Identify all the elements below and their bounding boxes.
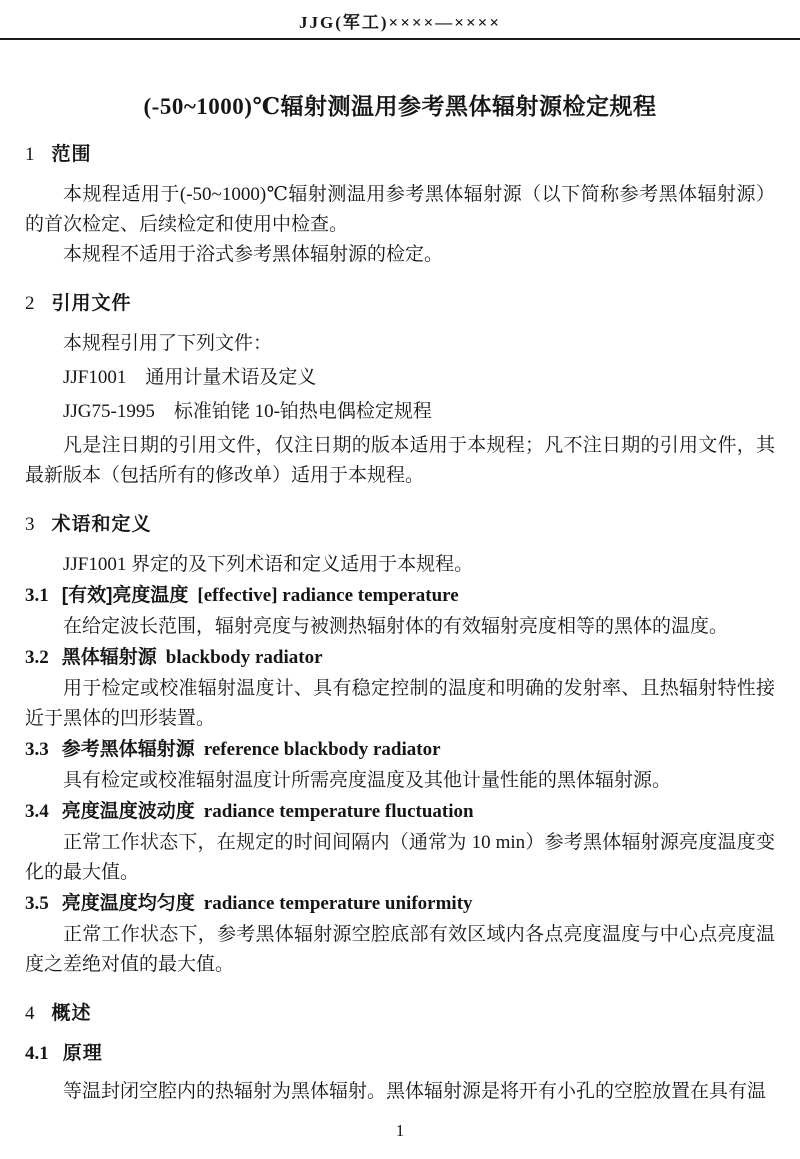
term-name-zh: 亮度温度均匀度 — [62, 893, 195, 914]
term-definition: 具有检定或校准辐射温度计所需亮度温度及其他计量性能的黑体辐射源。 — [25, 766, 775, 796]
document-page: JJG(军工)××××—×××× (-50~1000)℃辐射测温用参考黑体辐射源… — [0, 0, 800, 1159]
section-heading-2: 2引用文件 — [25, 290, 775, 318]
page-footer: 1 — [0, 1121, 800, 1141]
doc-code: JJG(军工)××××—×××× — [0, 8, 800, 33]
header-rule — [0, 38, 800, 40]
term-number: 3.4 — [25, 801, 49, 822]
term-name-en: [effective] radiance temperature — [197, 585, 458, 606]
term-name-en: radiance temperature uniformity — [204, 893, 473, 914]
term-heading-3-4: 3.4亮度温度波动度radiance temperature fluctuati… — [25, 797, 775, 827]
term-number: 3.5 — [25, 893, 49, 914]
term-name-zh: [有效]亮度温度 — [62, 585, 189, 606]
term-name-zh: 黑体辐射源 — [62, 647, 157, 668]
paragraph: JJF1001 界定的及下列术语和定义适用于本规程。 — [25, 550, 775, 580]
paragraph: 本规程引用了下列文件： — [25, 329, 775, 359]
section-title: 术语和定义 — [52, 514, 152, 535]
term-heading-3-1: 3.1[有效]亮度温度[effective] radiance temperat… — [25, 581, 775, 611]
document-title: (-50~1000)℃辐射测温用参考黑体辐射源检定规程 — [25, 88, 775, 121]
section-heading-4: 4概述 — [25, 1000, 775, 1028]
term-definition: 正常工作状态下，在规定的时间间隔内（通常为 10 min）参考黑体辐射源亮度温度… — [25, 828, 775, 888]
term-name-zh: 参考黑体辐射源 — [62, 739, 195, 760]
reference-item: JJF1001 通用计量术语及定义 — [25, 363, 775, 393]
term-definition: 正常工作状态下，参考黑体辐射源空腔底部有效区域内各点亮度温度与中心点亮度温度之差… — [25, 920, 775, 980]
document-body: (-50~1000)℃辐射测温用参考黑体辐射源检定规程 1范围 本规程适用于(-… — [0, 88, 800, 1107]
reference-item: JJG75-1995 标准铂铑 10-铂热电偶检定规程 — [25, 397, 775, 427]
section-heading-1: 1范围 — [25, 141, 775, 169]
subsection-number: 4.1 — [25, 1043, 49, 1064]
term-name-en: radiance temperature fluctuation — [204, 801, 474, 822]
page-header: JJG(军工)××××—×××× — [0, 0, 800, 40]
term-definition: 用于检定或校准辐射温度计、具有稳定控制的温度和明确的发射率、且热辐射特性接近于黑… — [25, 674, 775, 734]
term-heading-3-5: 3.5亮度温度均匀度radiance temperature uniformit… — [25, 889, 775, 919]
paragraph: 凡是注日期的引用文件，仅注日期的版本适用于本规程；凡不注日期的引用文件，其最新版… — [25, 431, 775, 491]
term-number: 3.2 — [25, 647, 49, 668]
section-number: 1 — [25, 144, 35, 165]
subsection-heading-4-1: 4.1原理 — [25, 1039, 775, 1069]
term-definition: 在给定波长范围，辐射亮度与被测热辐射体的有效辐射亮度相等的黑体的温度。 — [25, 612, 775, 642]
page-number: 1 — [396, 1121, 405, 1140]
subsection-title: 原理 — [63, 1043, 103, 1064]
term-number: 3.1 — [25, 585, 49, 606]
section-number: 4 — [25, 1003, 35, 1024]
paragraph: 等温封闭空腔内的热辐射为黑体辐射。黑体辐射源是将开有小孔的空腔放置在具有温 — [25, 1077, 775, 1107]
paragraph: 本规程不适用于浴式参考黑体辐射源的检定。 — [25, 240, 775, 270]
term-name-zh: 亮度温度波动度 — [62, 801, 195, 822]
term-heading-3-3: 3.3参考黑体辐射源reference blackbody radiator — [25, 735, 775, 765]
paragraph: 本规程适用于(-50~1000)℃辐射测温用参考黑体辐射源（以下简称参考黑体辐射… — [25, 180, 775, 240]
term-heading-3-2: 3.2黑体辐射源blackbody radiator — [25, 643, 775, 673]
term-name-en: blackbody radiator — [166, 647, 323, 668]
section-title: 引用文件 — [52, 293, 132, 314]
term-name-en: reference blackbody radiator — [204, 739, 441, 760]
section-number: 3 — [25, 514, 35, 535]
section-heading-3: 3术语和定义 — [25, 511, 775, 539]
term-number: 3.3 — [25, 739, 49, 760]
section-title: 概述 — [52, 1003, 92, 1024]
section-number: 2 — [25, 293, 35, 314]
section-title: 范围 — [52, 144, 92, 165]
